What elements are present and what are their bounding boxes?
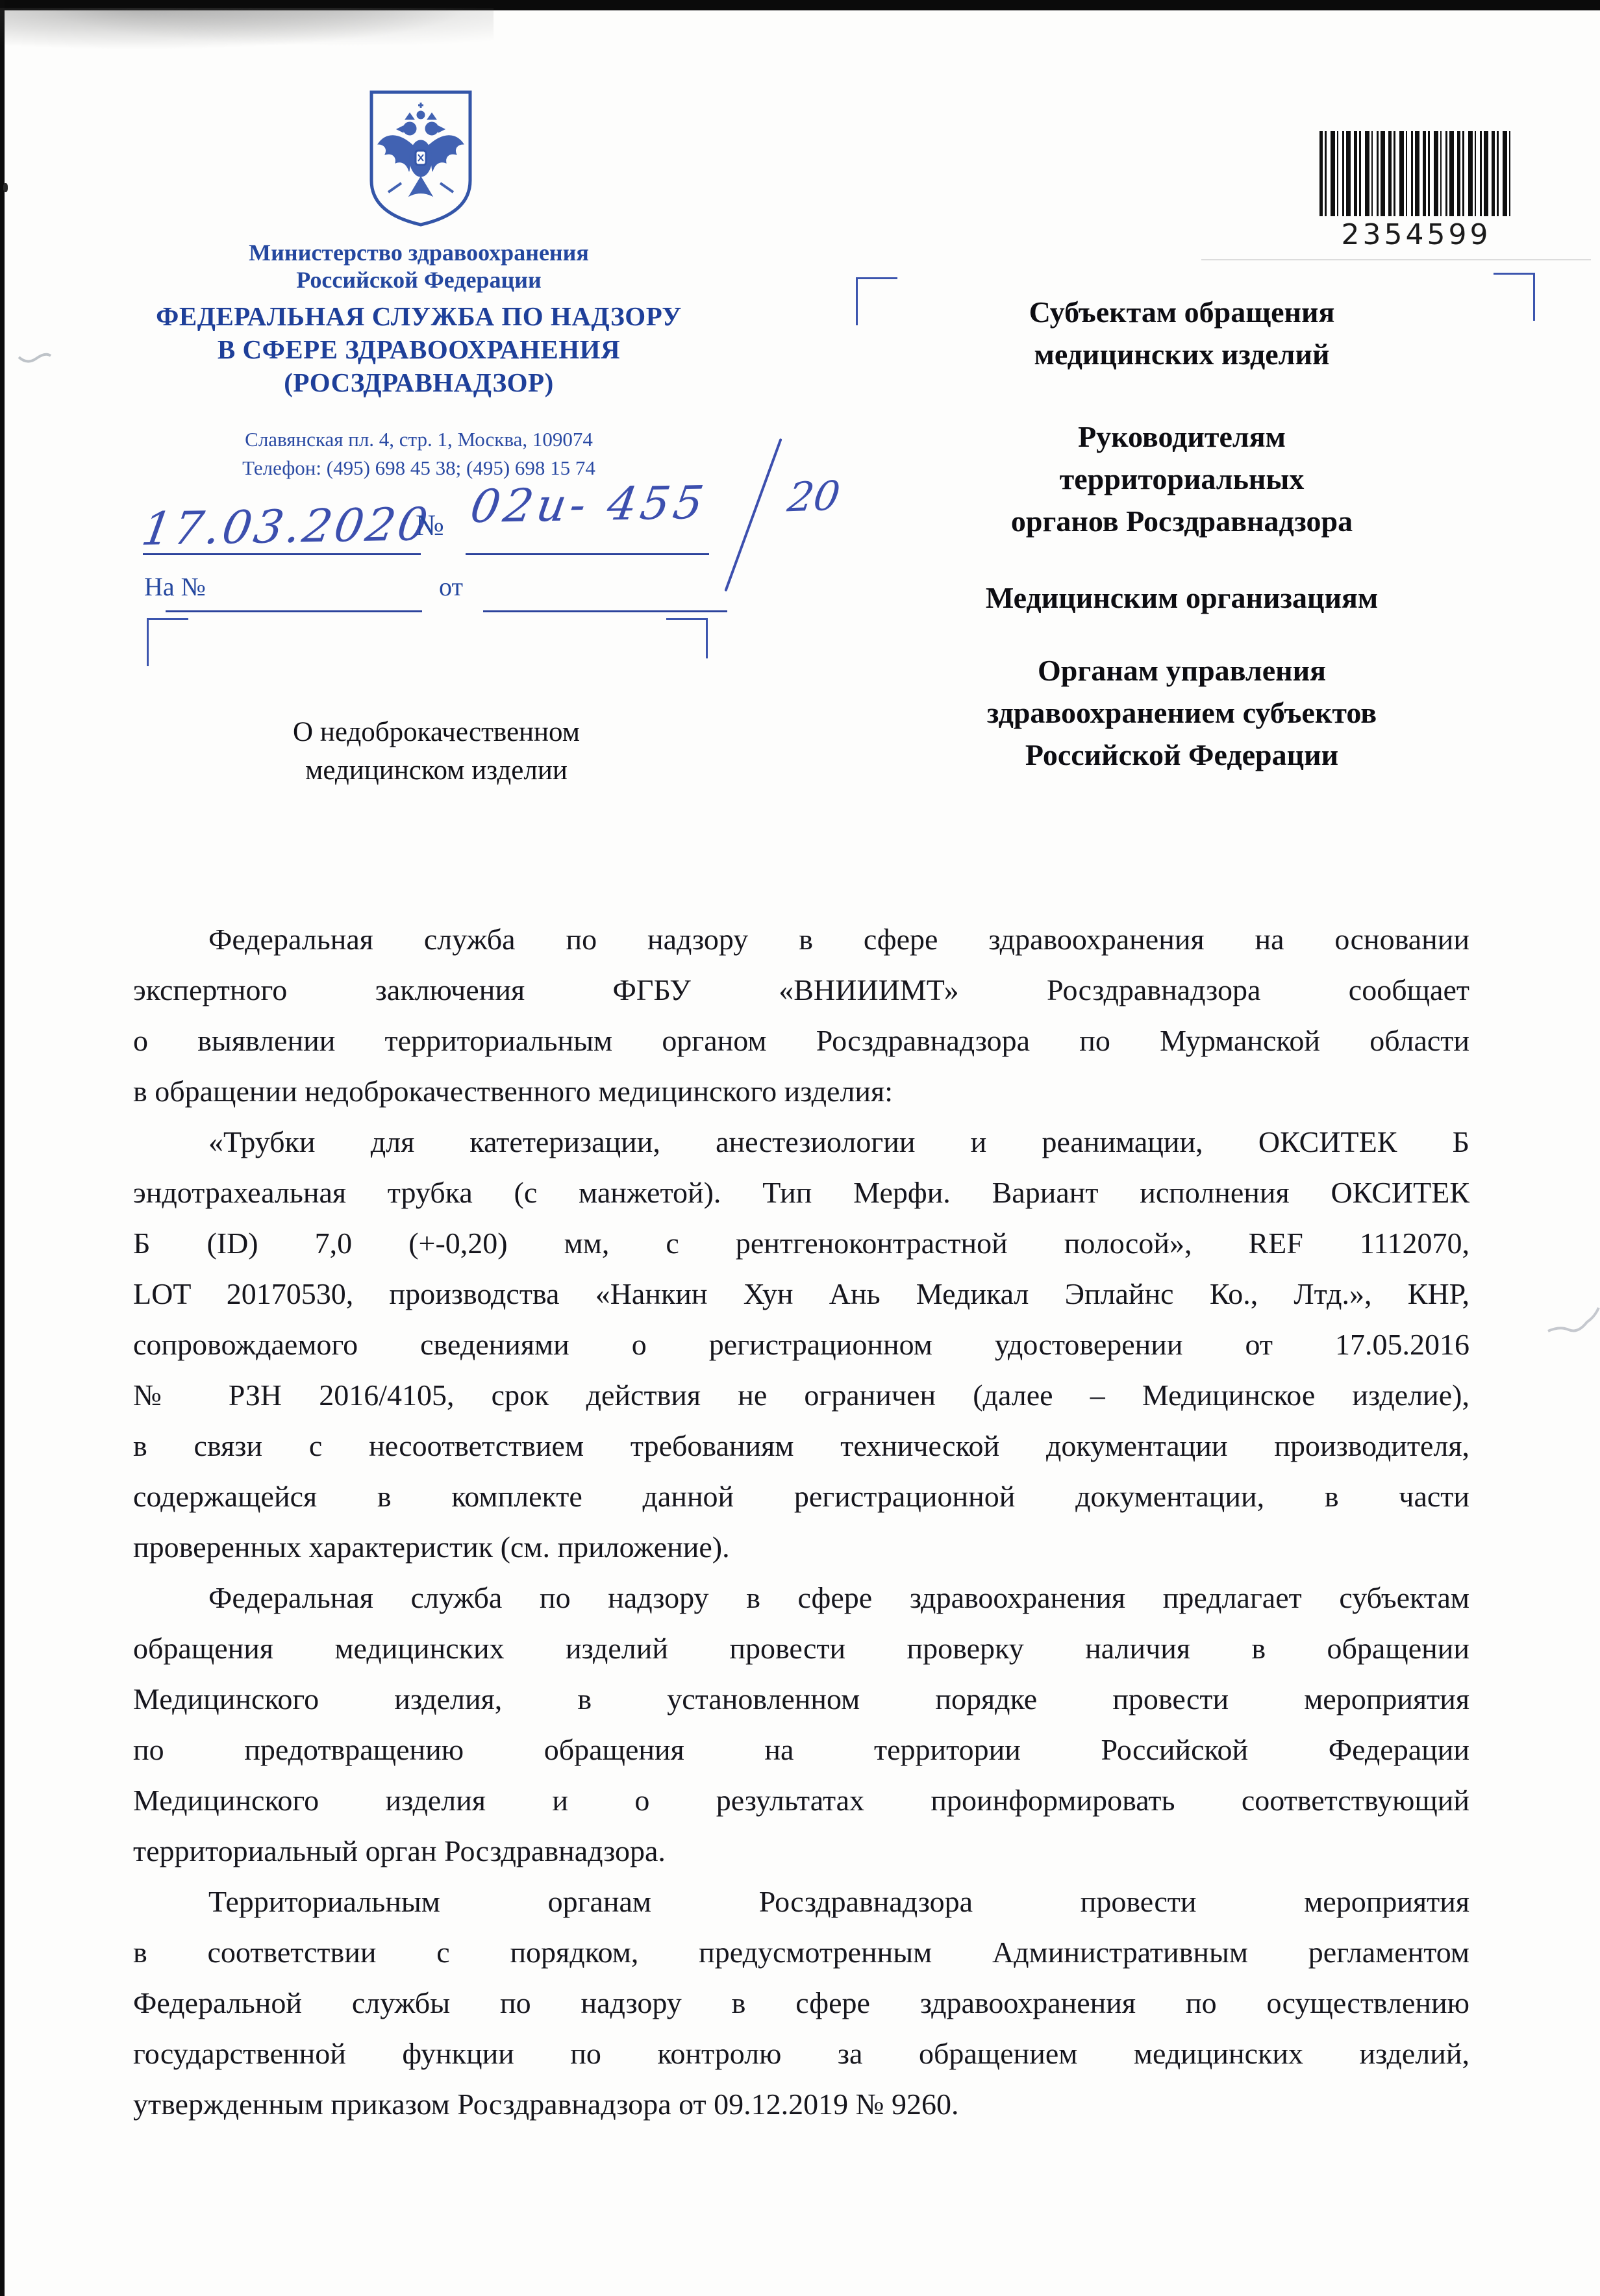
recipient-group-territorial-heads: Руководителям территориальных органов Ро… bbox=[870, 416, 1494, 542]
recipient-line: Руководителям bbox=[870, 416, 1494, 458]
recipient-line: Субъектам обращения bbox=[870, 291, 1494, 333]
body-line: эндотрахеальная трубка (с манжетой). Тип… bbox=[133, 1167, 1469, 1218]
letterhead: Министерство здравоохранения Российской … bbox=[117, 78, 721, 482]
recipient-line: территориальных bbox=[870, 458, 1494, 500]
recipient-line: органов Росздравнадзора bbox=[870, 500, 1494, 542]
ministry-name-line2: Российской Федерации bbox=[117, 266, 721, 293]
scan-smudge bbox=[0, 8, 494, 53]
reply-number-blank-line bbox=[166, 610, 422, 612]
subject-line1: О недоброкачественном bbox=[177, 713, 696, 751]
service-name-line1: ФЕДЕРАЛЬНАЯ СЛУЖБА ПО НАДЗОРУ bbox=[117, 300, 721, 333]
body-line: сопровождаемого сведениями о регистрацио… bbox=[133, 1319, 1469, 1370]
recipient-group-subjects: Субъектам обращения медицинских изделий bbox=[870, 291, 1494, 375]
body-line: в соответствии с порядком, предусмотренн… bbox=[133, 1927, 1469, 1978]
body-line: экспертного заключения ФГБУ «ВНИИИМТ» Ро… bbox=[133, 965, 1469, 1016]
service-name-line2: В СФЕРЕ ЗДРАВООХРАНЕНИЯ bbox=[117, 333, 721, 366]
service-name-line3: (РОСЗДРАВНАДЗОР) bbox=[117, 366, 721, 399]
recipient-line: Органам управления bbox=[870, 649, 1494, 692]
body-line: Б (ID) 7,0 (+-0,20) мм, с рентгеноконтра… bbox=[133, 1218, 1469, 1269]
body-line: Федеральная служба по надзору в сфере зд… bbox=[133, 1573, 1469, 1623]
corner-mark bbox=[1494, 273, 1535, 275]
recipient-group-medical-orgs: Медицинским организациям bbox=[870, 577, 1494, 619]
recipient-line: Российской Федерации bbox=[870, 734, 1494, 776]
recipient-group-health-authorities: Органам управления здравоохранением субъ… bbox=[870, 649, 1494, 776]
postal-address: Славянская пл. 4, стр. 1, Москва, 109074 bbox=[117, 425, 721, 454]
corner-mark bbox=[666, 618, 708, 620]
body-line: содержащейся в комплекте данной регистра… bbox=[133, 1471, 1469, 1522]
barcode-number: 2354599 bbox=[1319, 218, 1513, 251]
scan-speck bbox=[3, 183, 8, 192]
handwritten-doc-number: 02и- 455 bbox=[467, 476, 711, 533]
body-line: территориальный орган Росздравнадзора. bbox=[133, 1826, 1469, 1877]
body-line: «Трубки для катетеризации, анестезиологи… bbox=[133, 1117, 1469, 1167]
corner-mark bbox=[1533, 273, 1535, 321]
subject-line2: медицинском изделии bbox=[177, 751, 696, 790]
body-line: Федеральной службы по надзору в сфере зд… bbox=[133, 1978, 1469, 2028]
body-line: государственной функции по контролю за о… bbox=[133, 2028, 1469, 2079]
scan-artifact-line bbox=[1201, 259, 1591, 260]
body-line: по предотвращению обращения на территори… bbox=[133, 1725, 1469, 1775]
body-line: Медицинского изделия, в установленном по… bbox=[133, 1674, 1469, 1725]
corner-mark bbox=[147, 618, 188, 620]
recipient-line: медицинских изделий bbox=[870, 333, 1494, 375]
corner-mark bbox=[856, 277, 897, 279]
handwritten-date: 17.03.2020 bbox=[138, 497, 434, 556]
corner-mark bbox=[856, 277, 858, 325]
letter-body: Федеральная служба по надзору в сфере зд… bbox=[133, 914, 1469, 2130]
body-line: обращения медицинских изделий провести п… bbox=[133, 1623, 1469, 1674]
body-line: о выявлении территориальным органом Росз… bbox=[133, 1016, 1469, 1066]
number-underline bbox=[466, 553, 709, 555]
barcode bbox=[1319, 131, 1513, 216]
subject-line: О недоброкачественном медицинском издели… bbox=[177, 713, 696, 790]
recipient-line: здравоохранением субъектов bbox=[870, 692, 1494, 734]
body-line: в связи с несоответствием требованиям те… bbox=[133, 1421, 1469, 1471]
body-line: Территориальным органам Росздравнадзора … bbox=[133, 1877, 1469, 1927]
number-sign: № bbox=[416, 508, 444, 542]
body-line: Федеральная служба по надзору в сфере зд… bbox=[133, 914, 1469, 965]
fold-mark bbox=[17, 351, 52, 368]
body-line: проверенных характеристик (см. приложени… bbox=[133, 1522, 1469, 1573]
scan-edge-left bbox=[0, 0, 5, 2296]
recipient-line: Медицинским организациям bbox=[870, 577, 1494, 619]
date-underline bbox=[143, 553, 421, 555]
handwritten-doc-number-suffix: 20 bbox=[785, 472, 844, 521]
corner-mark bbox=[147, 618, 149, 666]
reply-to-number-label: На № bbox=[144, 571, 206, 602]
body-line: LOT 20170530, производства «Нанкин Хун А… bbox=[133, 1269, 1469, 1319]
scanned-letter-page: { "letterhead": { "emblem": "russian-coa… bbox=[0, 0, 1600, 2296]
corner-mark bbox=[706, 618, 708, 658]
reply-date-blank-line bbox=[483, 610, 727, 612]
body-line: утвержденным приказом Росздравнадзора от… bbox=[133, 2079, 1469, 2130]
pen-squiggle bbox=[1547, 1304, 1600, 1345]
body-line: Медицинского изделия и о результатах про… bbox=[133, 1775, 1469, 1826]
ministry-name-line1: Министерство здравоохранения bbox=[117, 239, 721, 266]
handwritten-slash bbox=[724, 438, 782, 592]
body-line: в обращении недоброкачественного медицин… bbox=[133, 1066, 1469, 1117]
body-line: № РЗН 2016/4105, срок действия не ограни… bbox=[133, 1370, 1469, 1421]
reply-from-label: от bbox=[439, 571, 463, 602]
